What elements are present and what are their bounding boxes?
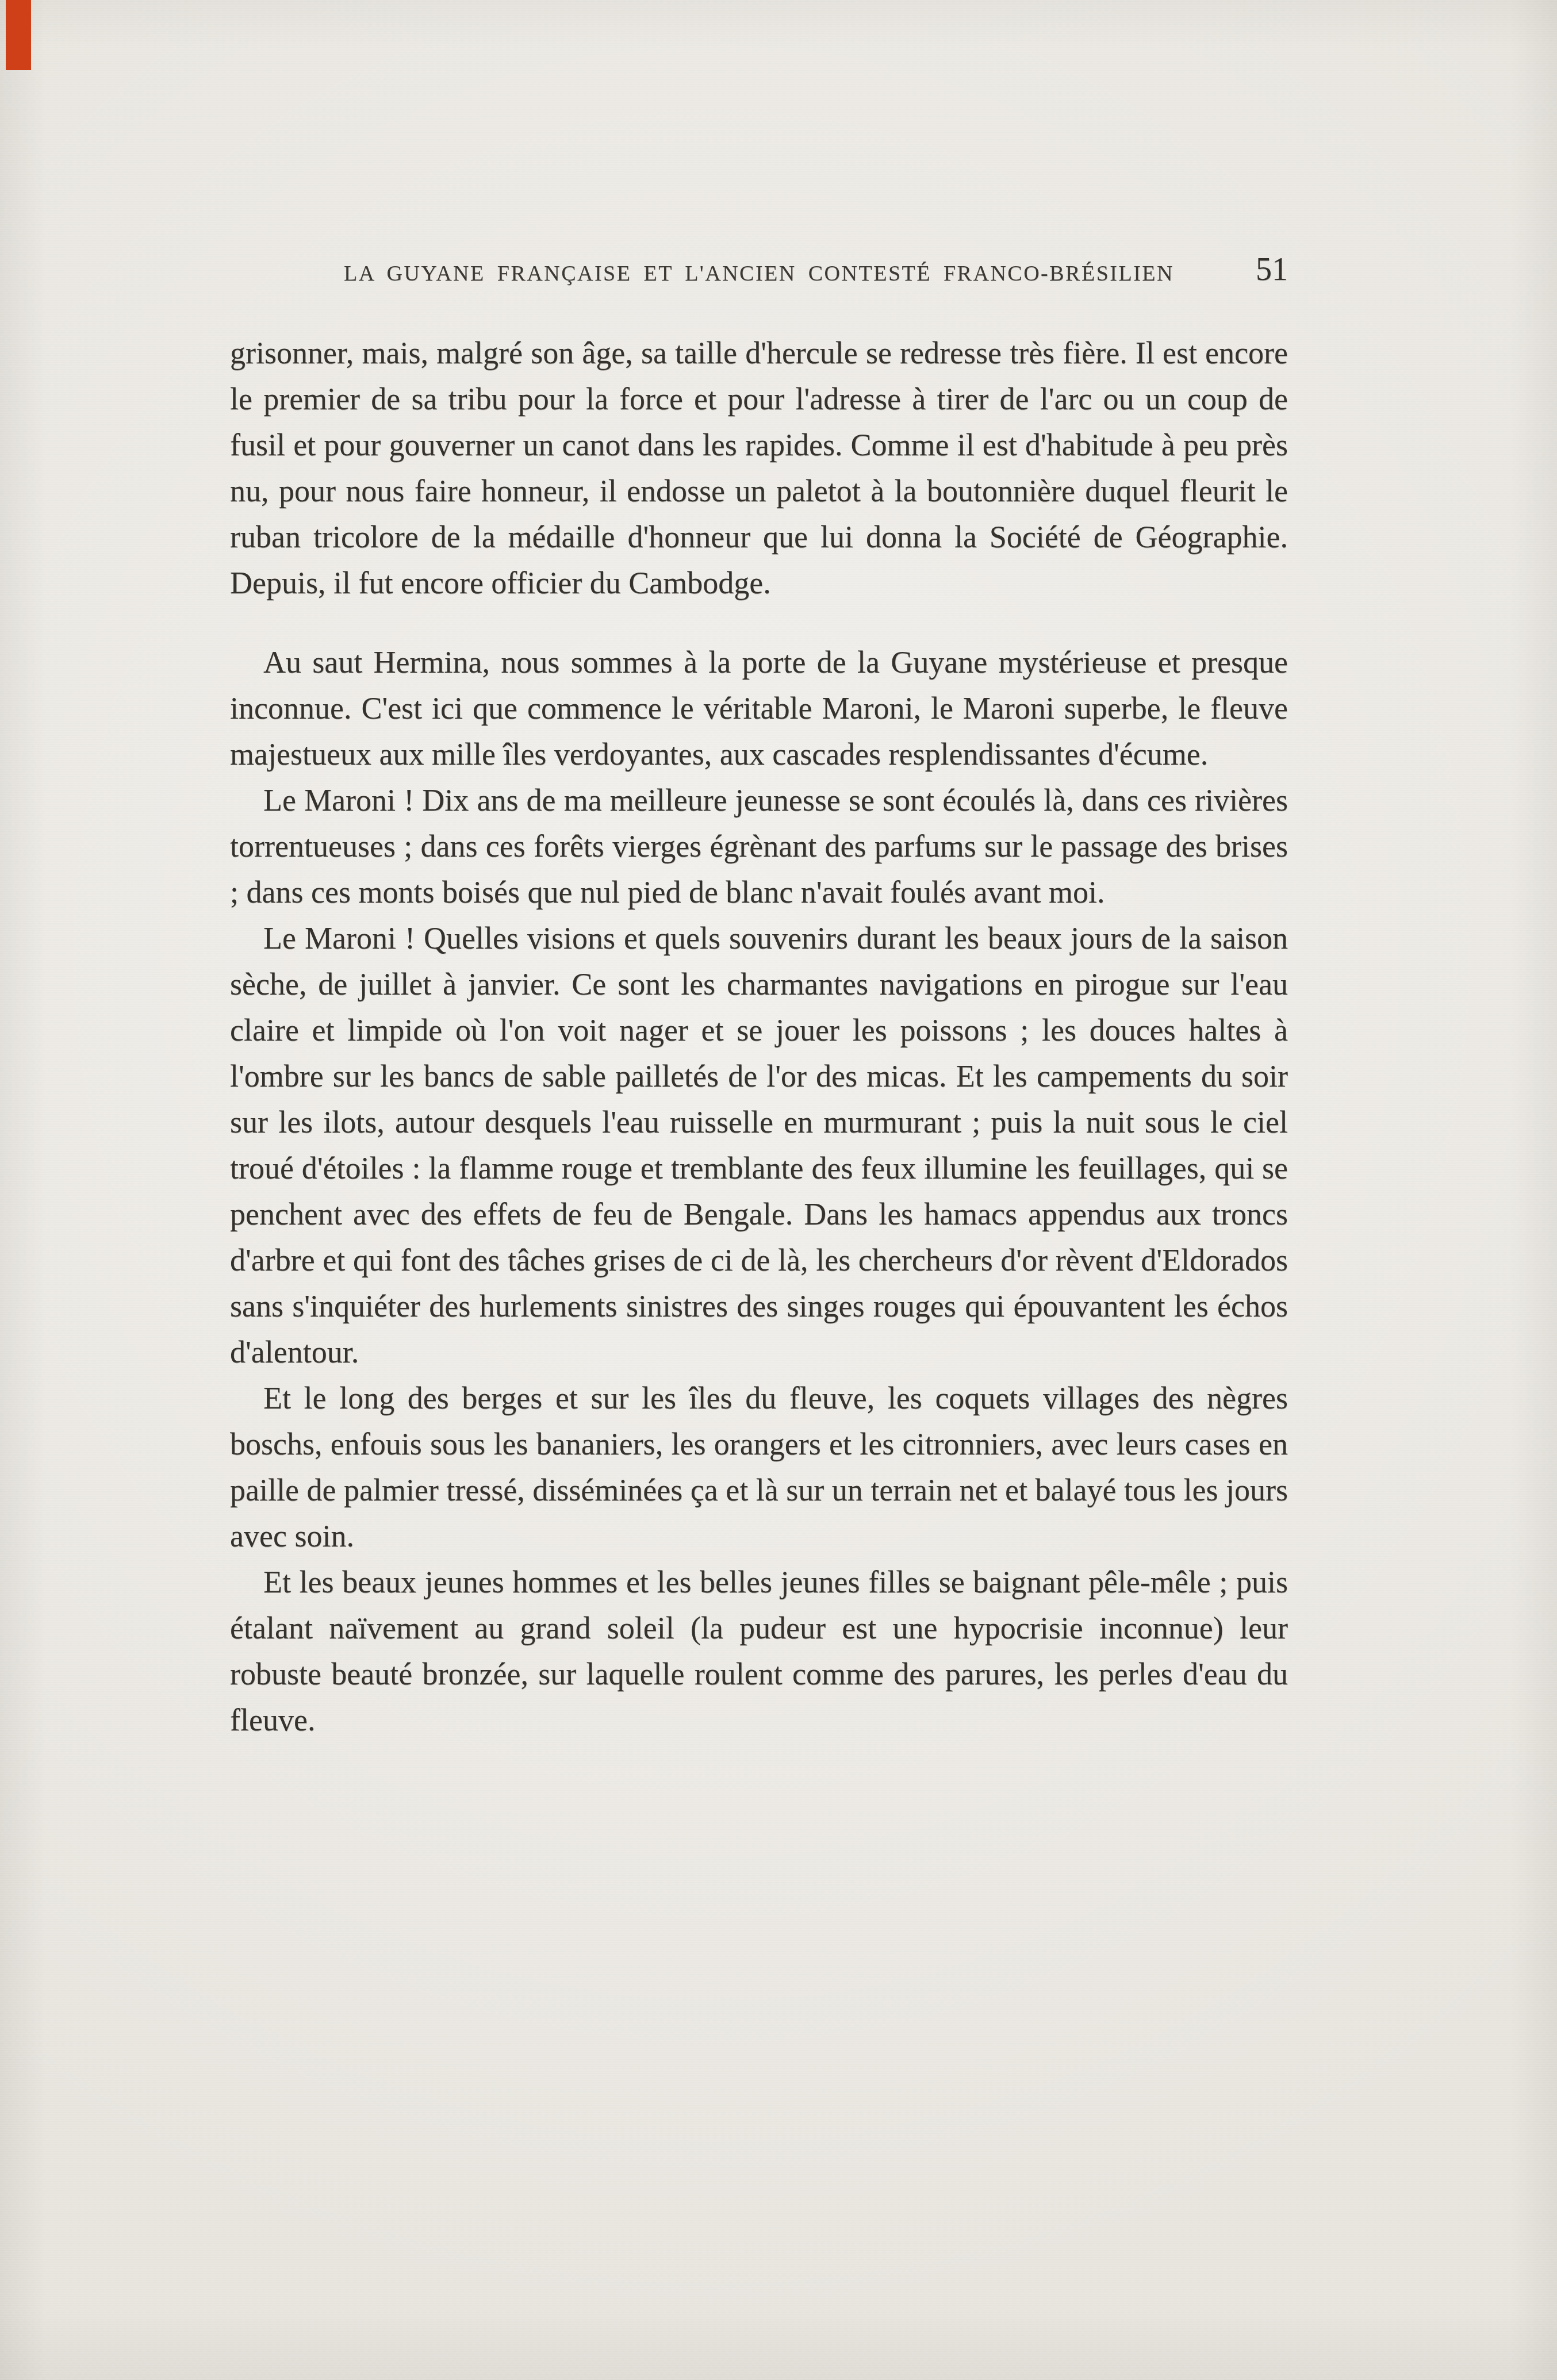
paragraph-3: Le Maroni ! Dix ans de ma meilleure jeun… (230, 777, 1288, 915)
page-header: LA GUYANE FRANÇAISE ET L'ANCIEN CONTESTÉ… (230, 256, 1288, 291)
paragraph-2: Au saut Hermina, nous sommes à la porte … (230, 639, 1288, 777)
red-edge-mark (6, 0, 31, 70)
running-title: LA GUYANE FRANÇAISE ET L'ANCIEN CONTESTÉ… (230, 256, 1288, 291)
page-number: 51 (1256, 252, 1288, 287)
body-text: grisonner, mais, malgré son âge, sa tail… (230, 330, 1288, 1743)
paragraph-6: Et les beaux jeunes hommes et les belles… (230, 1559, 1288, 1743)
book-page: LA GUYANE FRANÇAISE ET L'ANCIEN CONTESTÉ… (0, 0, 1557, 2380)
paragraph-5: Et le long des berges et sur les îles du… (230, 1375, 1288, 1559)
paragraph-4: Le Maroni ! Quelles visions et quels sou… (230, 915, 1288, 1375)
paragraph-1: grisonner, mais, malgré son âge, sa tail… (230, 330, 1288, 606)
